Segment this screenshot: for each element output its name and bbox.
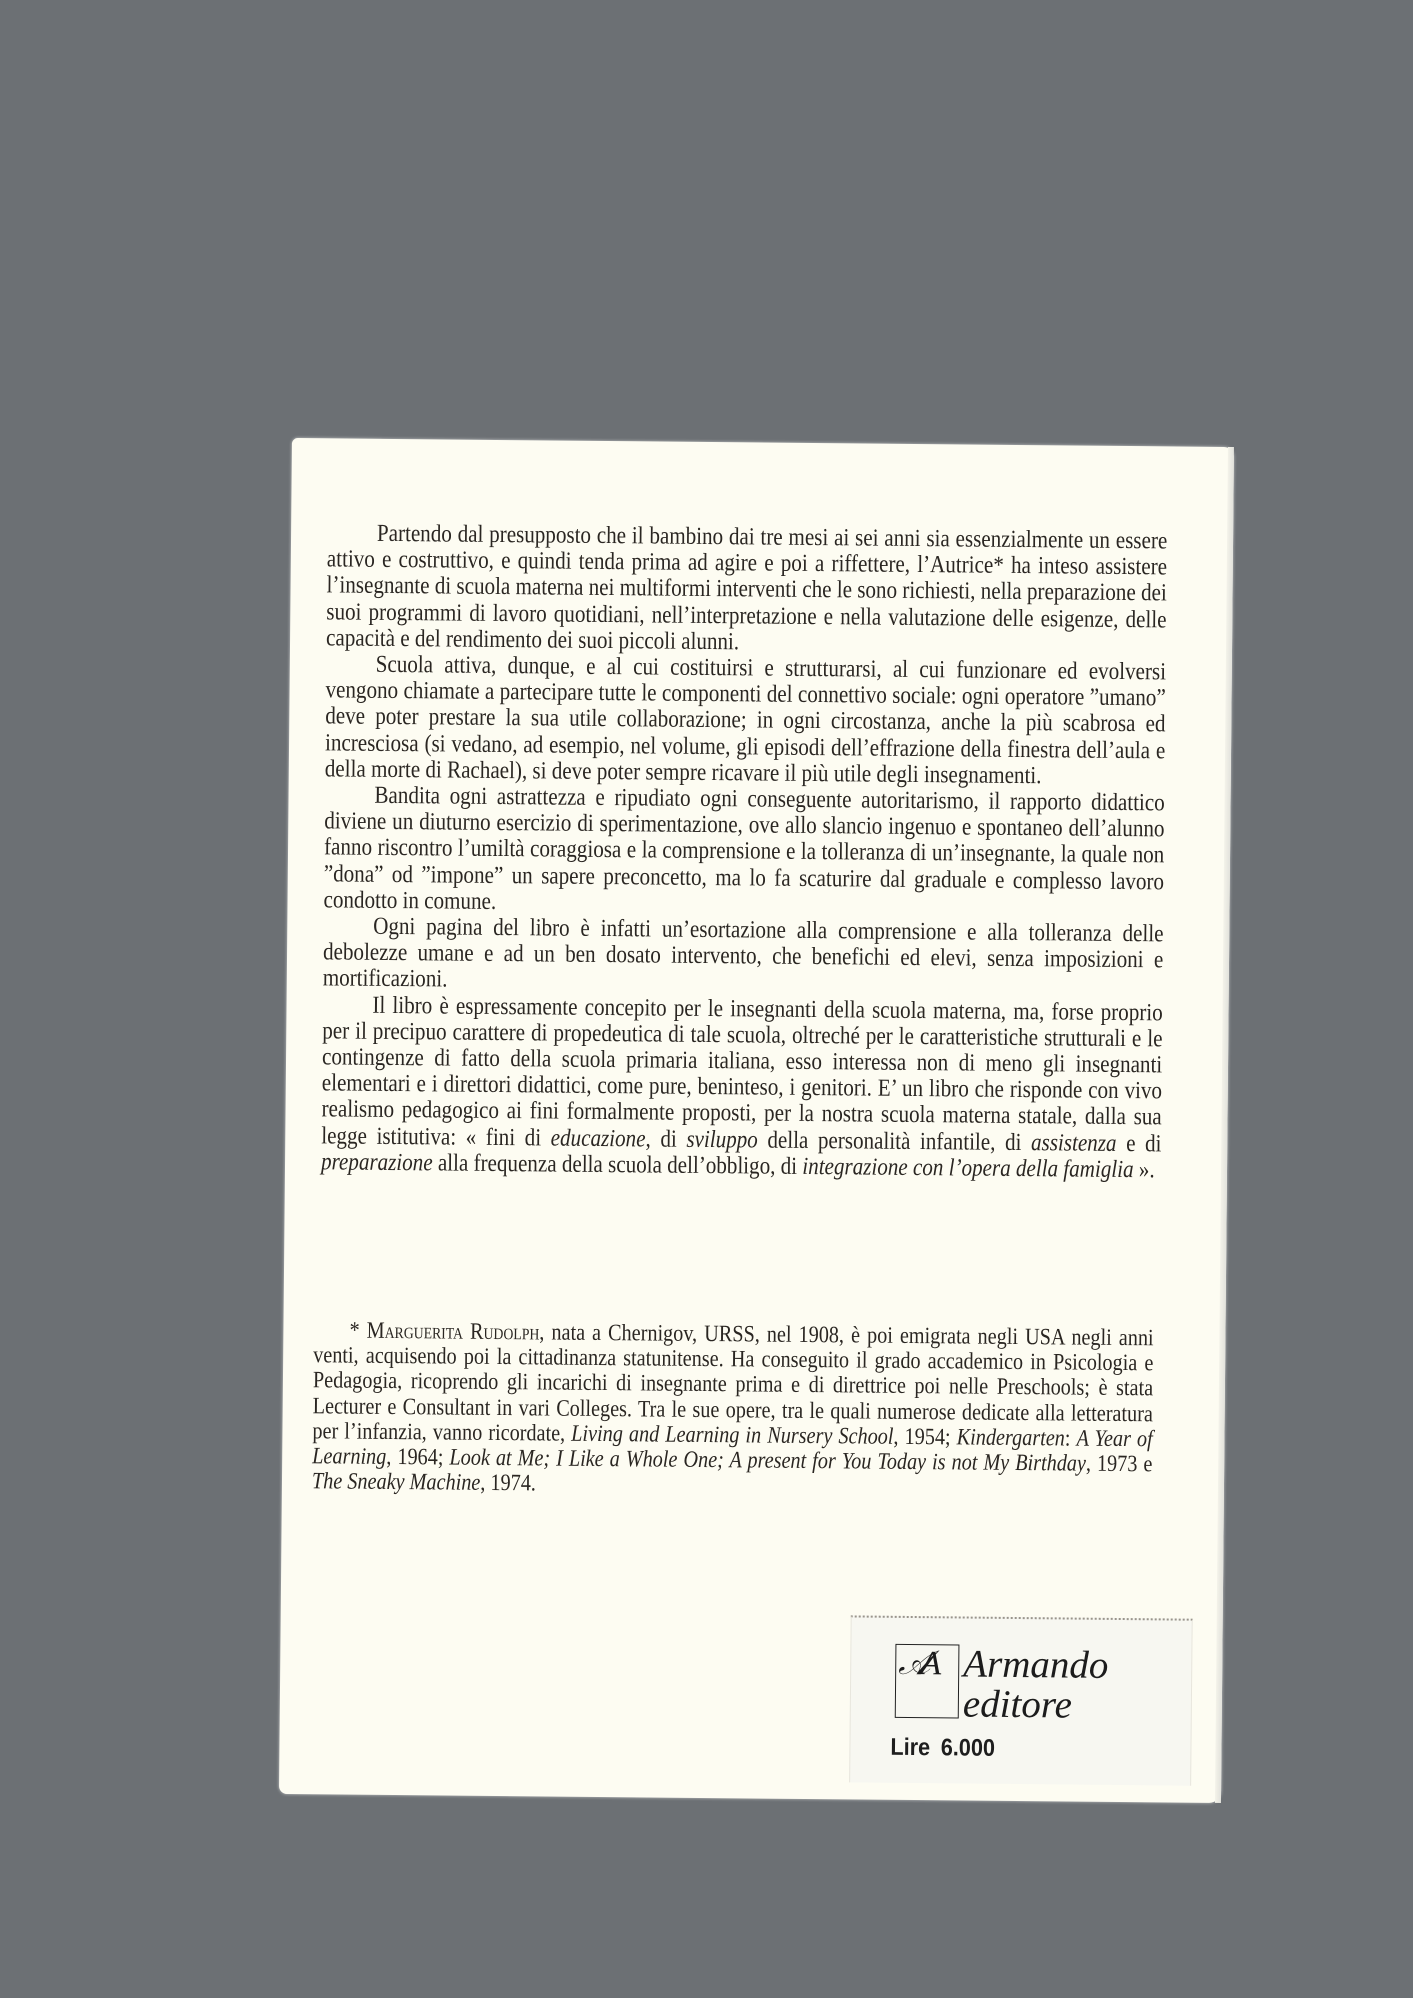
text-run: , 1973 e: [1086, 1451, 1153, 1478]
publisher-price-sticker: 𝒜A Armando editore Lire6.000: [849, 1615, 1193, 1785]
blurb-paragraph: Scuola attiva, dunque, e al cui costitui…: [325, 651, 1166, 790]
price-currency: Lire: [890, 1734, 930, 1761]
text-run: della personalità infantile, di: [758, 1126, 1032, 1156]
blurb-paragraph: Il libro è espressamente concepito per l…: [321, 992, 1163, 1183]
text-run: , di: [645, 1125, 686, 1152]
blurb-paragraph: Partendo dal presupposto che il bambino …: [326, 520, 1167, 659]
footnote-marker: *: [349, 1318, 366, 1344]
italic-title: sviluppo: [686, 1125, 758, 1153]
text-run: Scuola attiva, dunque, e al cui costitui…: [325, 651, 1166, 789]
logo-glyph: 𝒜A: [898, 1645, 931, 1683]
author-bio: * Marguerita Rudolph, nata a Chernigov, …: [312, 1318, 1154, 1502]
italic-title: preparazione: [321, 1148, 433, 1176]
blurb-paragraph: Ogni pagina del libro è infatti un’esort…: [323, 913, 1164, 1000]
author-name: Marguerita Rudolph: [367, 1318, 540, 1346]
italic-title: integrazione con l’opera della famiglia: [802, 1153, 1133, 1183]
text-run: ».: [1133, 1156, 1154, 1183]
italic-title: The Sneaky Machine: [312, 1468, 481, 1496]
armando-monogram-icon: 𝒜A: [895, 1644, 960, 1719]
blurb-text: Partendo dal presupposto che il bambino …: [321, 520, 1167, 1183]
text-run: :: [1065, 1425, 1077, 1451]
blurb-paragraph: Bandita ogni astrattezza e ripudiato ogn…: [323, 782, 1164, 921]
italic-title: educazione: [551, 1124, 646, 1152]
text-run: Partendo dal presupposto che il bambino …: [326, 520, 1167, 655]
publisher-name: Armando: [963, 1645, 1109, 1686]
text-run: alla frequenza della scuola dell’obbligo…: [433, 1149, 803, 1180]
text-run: , 1964;: [386, 1444, 449, 1471]
text-run: Bandita ogni astrattezza e ripudiato ogn…: [323, 782, 1164, 915]
italic-title: assistenza: [1031, 1129, 1117, 1157]
book-back-cover: Partendo dal presupposto che il bambino …: [279, 438, 1234, 1803]
publisher-subtitle: editore: [963, 1684, 1072, 1725]
italic-title: Look at Me; I Like a Whole One; A presen…: [449, 1445, 1086, 1477]
text-run: Ogni pagina del libro è infatti un’esort…: [323, 913, 1164, 993]
text-run: , 1954;: [893, 1424, 956, 1451]
italic-title: Kindergarten: [957, 1424, 1065, 1451]
author-footnote: * Marguerita Rudolph, nata a Chernigov, …: [312, 1318, 1154, 1502]
price: Lire6.000: [890, 1734, 995, 1763]
text-run: e di: [1116, 1130, 1161, 1157]
price-value: 6.000: [941, 1734, 995, 1762]
text-run: , 1974.: [480, 1470, 536, 1497]
